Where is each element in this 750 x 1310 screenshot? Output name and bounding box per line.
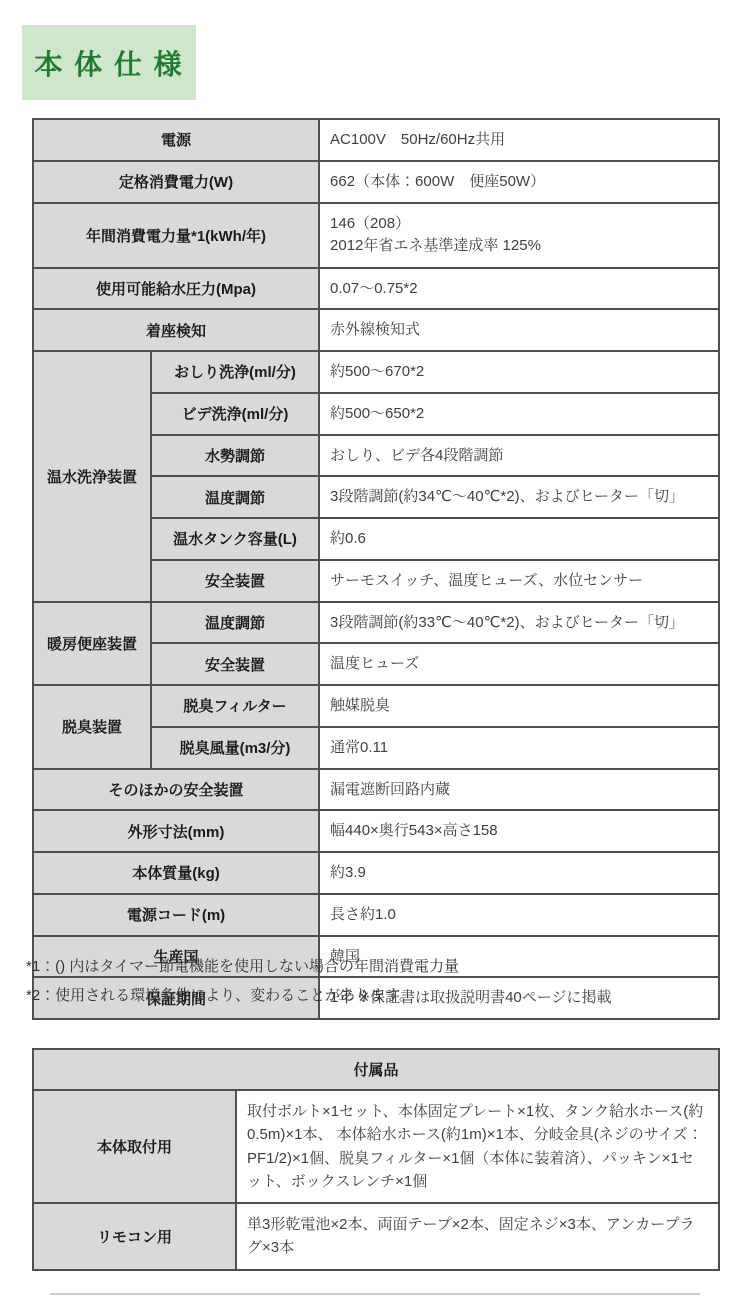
accessory-row-label: リモコン用 xyxy=(33,1203,236,1270)
footnote: *1：() 内はタイマー節電機能を使用しない場合の年間消費電力量 xyxy=(26,952,459,981)
table-row: 電源 AC100V 50Hz/60Hz共用 xyxy=(33,119,719,161)
table-row: 使用可能給水圧力(Mpa) 0.07～0.75*2 xyxy=(33,268,719,310)
spec-sub-label: ビデ洗浄(ml/分) xyxy=(151,393,319,435)
spec-row-label: 使用可能給水圧力(Mpa) xyxy=(33,268,319,310)
page: 本 体 仕 様 電源 AC100V 50Hz/60Hz共用 定格消費電力(W) … xyxy=(0,0,750,1310)
page-title-text: 本 体 仕 様 xyxy=(34,43,183,83)
table-row: 電源コード(m) 長さ約1.0 xyxy=(33,894,719,936)
table-row: 本体質量(kg) 約3.9 xyxy=(33,852,719,894)
spec-sub-label: 脱臭風量(m3/分) xyxy=(151,727,319,769)
bottom-divider xyxy=(50,1293,700,1295)
spec-row-label: そのほかの安全装置 xyxy=(33,769,319,811)
spec-row-value: 長さ約1.0 xyxy=(319,894,719,936)
spec-sub-label: 安全装置 xyxy=(151,643,319,685)
table-row: 脱臭装置 脱臭フィルター 触媒脱臭 xyxy=(33,685,719,727)
spec-row-value: 662（本体：600W 便座50W） xyxy=(319,161,719,203)
table-row: そのほかの安全装置 漏電遮断回路内蔵 xyxy=(33,769,719,811)
table-row: 温水洗浄装置 おしり洗浄(ml/分) 約500～670*2 xyxy=(33,351,719,393)
footnotes: *1：() 内はタイマー節電機能を使用しない場合の年間消費電力量 *2：使用され… xyxy=(26,952,459,1011)
table-row: 本体取付用 取付ボルト×1セット、本体固定プレート×1枚、タンク給水ホース(約0… xyxy=(33,1090,719,1203)
spec-row-value: 0.07～0.75*2 xyxy=(319,268,719,310)
accessories-table: 付属品 本体取付用 取付ボルト×1セット、本体固定プレート×1枚、タンク給水ホー… xyxy=(32,1048,720,1271)
accessory-row-label: 本体取付用 xyxy=(33,1090,236,1203)
table-row: リモコン用 単3形乾電池×2本、両面テープ×2本、固定ネジ×3本、アンカープラグ… xyxy=(33,1203,719,1270)
spec-row-value: サーモスイッチ、温度ヒューズ、水位センサー xyxy=(319,560,719,602)
spec-row-label: 定格消費電力(W) xyxy=(33,161,319,203)
page-title: 本 体 仕 様 xyxy=(22,25,196,100)
spec-row-value: 3段階調節(約34℃～40℃*2)、およびヒーター「切」 xyxy=(319,476,719,518)
spec-row-value: 約0.6 xyxy=(319,518,719,560)
table-row: 定格消費電力(W) 662（本体：600W 便座50W） xyxy=(33,161,719,203)
spec-row-value: AC100V 50Hz/60Hz共用 xyxy=(319,119,719,161)
spec-group-label: 脱臭装置 xyxy=(33,685,151,769)
spec-row-value: 温度ヒューズ xyxy=(319,643,719,685)
spec-row-value: 通常0.11 xyxy=(319,727,719,769)
spec-sub-label: 脱臭フィルター xyxy=(151,685,319,727)
spec-row-value: おしり、ビデ各4段階調節 xyxy=(319,435,719,477)
spec-value-line: 146（208） xyxy=(330,213,708,236)
spec-row-label: 着座検知 xyxy=(33,309,319,351)
spec-row-value: 146（208） 2012年省エネ基準達成率 125% xyxy=(319,203,719,268)
spec-row-label: 本体質量(kg) xyxy=(33,852,319,894)
spec-row-value: 3段階調節(約33℃～40℃*2)、およびヒーター「切」 xyxy=(319,602,719,644)
spec-row-value: 幅440×奥行543×高さ158 xyxy=(319,810,719,852)
spec-sub-label: 水勢調節 xyxy=(151,435,319,477)
spec-sub-label: 温度調節 xyxy=(151,476,319,518)
table-row: 外形寸法(mm) 幅440×奥行543×高さ158 xyxy=(33,810,719,852)
spec-group-label: 温水洗浄装置 xyxy=(33,351,151,602)
accessory-row-value: 取付ボルト×1セット、本体固定プレート×1枚、タンク給水ホース(約0.5m)×1… xyxy=(236,1090,719,1203)
footnote: *2：使用される環境条件により、変わることがあります。 xyxy=(26,981,459,1010)
spec-row-value: 触媒脱臭 xyxy=(319,685,719,727)
table-row: 年間消費電力量*1(kWh/年) 146（208） 2012年省エネ基準達成率 … xyxy=(33,203,719,268)
spec-row-label: 年間消費電力量*1(kWh/年) xyxy=(33,203,319,268)
spec-sub-label: 温水タンク容量(L) xyxy=(151,518,319,560)
table-row: 付属品 xyxy=(33,1049,719,1090)
spec-row-value: 約3.9 xyxy=(319,852,719,894)
spec-sub-label: おしり洗浄(ml/分) xyxy=(151,351,319,393)
spec-sub-label: 安全装置 xyxy=(151,560,319,602)
spec-table: 電源 AC100V 50Hz/60Hz共用 定格消費電力(W) 662（本体：6… xyxy=(32,118,720,1020)
table-row: 暖房便座装置 温度調節 3段階調節(約33℃～40℃*2)、およびヒーター「切」 xyxy=(33,602,719,644)
spec-row-label: 外形寸法(mm) xyxy=(33,810,319,852)
accessories-title: 付属品 xyxy=(33,1049,719,1090)
spec-group-label: 暖房便座装置 xyxy=(33,602,151,686)
table-row: 着座検知 赤外線検知式 xyxy=(33,309,719,351)
accessory-row-value: 単3形乾電池×2本、両面テープ×2本、固定ネジ×3本、アンカープラグ×3本 xyxy=(236,1203,719,1270)
spec-row-label: 電源コード(m) xyxy=(33,894,319,936)
spec-row-value: 赤外線検知式 xyxy=(319,309,719,351)
spec-row-value: 漏電遮断回路内蔵 xyxy=(319,769,719,811)
spec-row-value: 約500～670*2 xyxy=(319,351,719,393)
spec-sub-label: 温度調節 xyxy=(151,602,319,644)
spec-row-label: 電源 xyxy=(33,119,319,161)
spec-value-line: 2012年省エネ基準達成率 125% xyxy=(330,235,708,258)
spec-row-value: 約500～650*2 xyxy=(319,393,719,435)
